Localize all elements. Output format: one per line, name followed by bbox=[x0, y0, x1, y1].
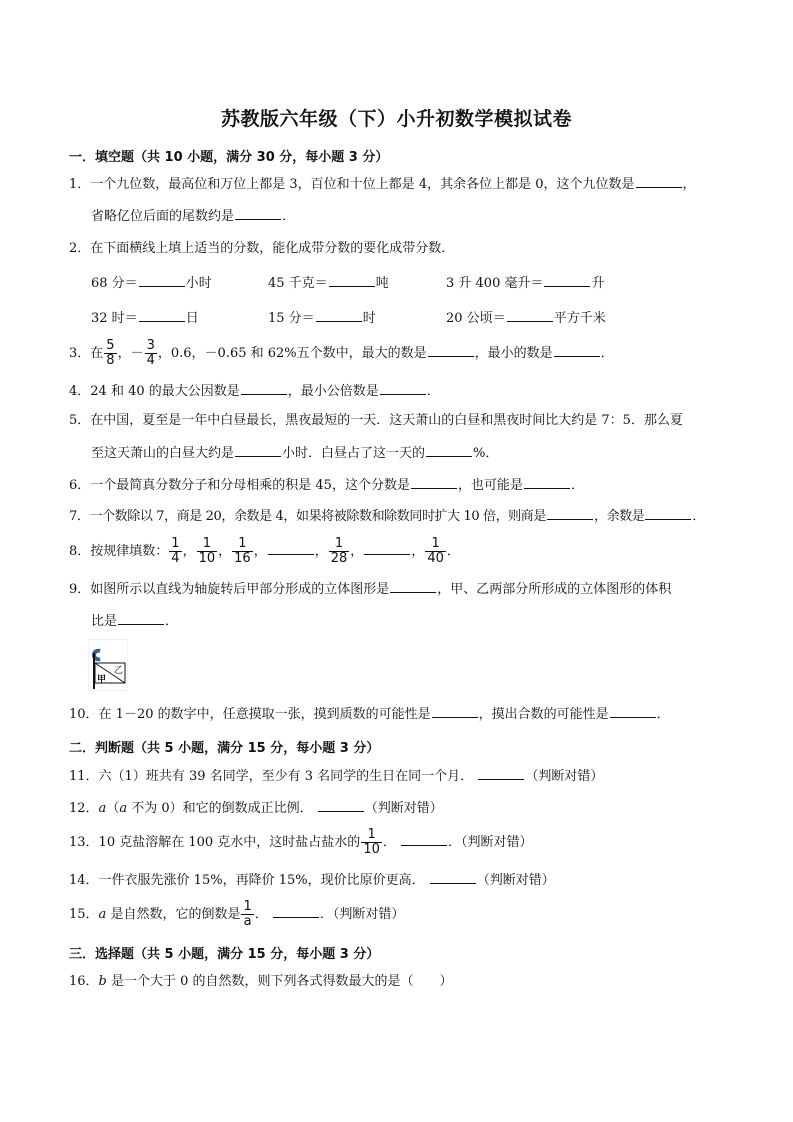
variable: a bbox=[119, 801, 127, 816]
answer-blank[interactable] bbox=[139, 274, 185, 287]
answer-blank[interactable] bbox=[636, 175, 682, 188]
answer-blank[interactable] bbox=[478, 767, 524, 780]
item-label: 45 千克＝ bbox=[268, 276, 328, 291]
question-13: 13．10 克盐溶解在 100 克水中，这时盐占盐水的110． ．（判断对错） bbox=[69, 826, 533, 860]
punct: ． bbox=[447, 544, 460, 559]
answer-blank[interactable] bbox=[432, 705, 478, 718]
variable: b bbox=[99, 974, 107, 989]
judge-hint: （判断对错） bbox=[365, 801, 443, 816]
item-label: 32 时＝ bbox=[91, 311, 138, 326]
punct: ， bbox=[254, 544, 267, 559]
punct: ， bbox=[411, 544, 424, 559]
fraction: 58 bbox=[104, 339, 116, 368]
question-text: ，最小的数是 bbox=[475, 346, 553, 361]
answer-blank[interactable] bbox=[426, 444, 472, 457]
question-number: 3． bbox=[69, 346, 90, 361]
q2-item-2: 45 千克＝吨 bbox=[268, 272, 389, 291]
question-1-cont: 省略亿位后面的尾数约是． bbox=[91, 207, 295, 226]
punct: ． bbox=[383, 835, 396, 850]
answer-blank[interactable] bbox=[547, 507, 593, 520]
punct: ， bbox=[683, 177, 696, 192]
punct: ． bbox=[601, 346, 614, 361]
question-8: 8．按规律填数：14，110，116，，128，，140． bbox=[69, 535, 460, 569]
punct: ， bbox=[350, 544, 363, 559]
answer-blank[interactable] bbox=[241, 382, 287, 395]
answer-blank[interactable] bbox=[645, 507, 691, 520]
answer-blank[interactable] bbox=[430, 871, 476, 884]
fraction: 14 bbox=[169, 537, 181, 566]
punct: %． bbox=[473, 446, 498, 461]
answer-blank[interactable] bbox=[380, 382, 426, 395]
q2-item-5: 15 分＝时 bbox=[268, 307, 376, 326]
question-text: 是一个大于 0 的自然数，则下列各式得数最大的是（ ） bbox=[107, 974, 453, 989]
punct: ． bbox=[571, 478, 584, 493]
section-heading-multiple-choice: 三．选择题（共 5 小题，满分 15 分，每小题 3 分） bbox=[69, 943, 379, 962]
judge-hint: （判断对错） bbox=[461, 835, 533, 850]
question-number: 2． bbox=[69, 241, 90, 256]
question-text: 小时．白昼占了这一天的 bbox=[282, 446, 425, 461]
answer-blank[interactable] bbox=[610, 705, 656, 718]
question-7: 7．一个数除以 7，商是 20，余数是 4，如果将被除数和除数同时扩大 10 倍… bbox=[69, 507, 705, 526]
question-10: 10．在 1－20 的数字中，任意摸取一张，摸到质数的可能性是，摸出合数的可能性… bbox=[69, 705, 670, 724]
fraction: 128 bbox=[329, 537, 350, 566]
answer-blank[interactable] bbox=[318, 799, 364, 812]
judge-hint: （判断对错） bbox=[333, 907, 405, 922]
fraction: 116 bbox=[232, 537, 253, 566]
denominator: 28 bbox=[329, 552, 350, 566]
answer-blank[interactable] bbox=[139, 309, 185, 322]
question-3: 3．在58，－34，0.6，－0.65 和 62%五个数中，最大的数是，最小的数… bbox=[69, 338, 614, 370]
question-text: ，余数是 bbox=[594, 509, 644, 524]
question-text: 至这天萧山的白昼大约是 bbox=[91, 446, 234, 461]
denominator: 8 bbox=[104, 354, 116, 368]
punct: ． bbox=[320, 907, 333, 922]
fraction: 1a bbox=[241, 900, 253, 929]
answer-blank[interactable] bbox=[235, 207, 281, 220]
answer-blank[interactable] bbox=[273, 905, 319, 918]
question-number: 11． bbox=[69, 769, 99, 784]
denominator: 4 bbox=[169, 552, 181, 566]
numerator: 1 bbox=[361, 828, 382, 843]
question-number: 15． bbox=[69, 907, 99, 922]
punct: ． bbox=[165, 614, 178, 629]
answer-blank[interactable] bbox=[329, 274, 375, 287]
denominator: 40 bbox=[425, 552, 446, 566]
question-text: 比是 bbox=[91, 614, 117, 629]
question-5-cont: 至这天萧山的白昼大约是小时．白昼占了这一天的%． bbox=[91, 444, 498, 463]
section-heading-fill-blank: 一．填空题（共 10 小题，满分 30 分，每小题 3 分） bbox=[69, 146, 388, 165]
question-9: 9．如图所示以直线为轴旋转后甲部分形成的立体图形是，甲、乙两部分所形成的立体图形… bbox=[69, 580, 671, 599]
item-unit: 升 bbox=[591, 276, 604, 291]
svg-text:甲: 甲 bbox=[97, 674, 106, 685]
fraction: 34 bbox=[145, 339, 157, 368]
numerator: 1 bbox=[197, 537, 218, 552]
answer-blank[interactable] bbox=[316, 309, 362, 322]
question-text: （ bbox=[106, 801, 119, 816]
judge-hint: （判断对错） bbox=[525, 769, 603, 784]
question-12: 12．a（a 不为 0）和它的倒数成正比例． （判断对错） bbox=[69, 799, 443, 818]
section-heading-true-false: 二．判断题（共 5 小题，满分 15 分，每小题 3 分） bbox=[69, 737, 379, 756]
answer-blank[interactable] bbox=[364, 542, 410, 555]
item-label: 3 升 400 毫升＝ bbox=[446, 276, 543, 291]
question-11: 11．六（1）班共有 39 名同学，至少有 3 名同学的生日在同一个月． （判断… bbox=[69, 767, 603, 786]
item-unit: 时 bbox=[363, 311, 376, 326]
numerator: 1 bbox=[241, 900, 253, 915]
question-5: 5．在中国，夏至是一年中白昼最长，黑夜最短的一天．这天萧山的白昼和黑夜时间比大约… bbox=[69, 412, 683, 430]
question-number: 12． bbox=[69, 801, 99, 816]
question-text: 一个九位数，最高位和万位上都是 3，百位和十位上都是 4，其余各位上都是 0，这… bbox=[90, 177, 634, 192]
fraction: 140 bbox=[425, 537, 446, 566]
punct: ， bbox=[183, 544, 196, 559]
denominator: a bbox=[241, 915, 253, 929]
punct: ． bbox=[692, 509, 705, 524]
question-text: 六（1）班共有 39 名同学，至少有 3 名同学的生日在同一个月． bbox=[99, 769, 474, 784]
question-text: 24 和 40 的最大公因数是 bbox=[90, 384, 239, 399]
q2-item-4: 32 时＝日 bbox=[91, 307, 199, 326]
punct: ， bbox=[315, 544, 328, 559]
fraction: 110 bbox=[197, 537, 218, 566]
numerator: 1 bbox=[329, 537, 350, 552]
answer-blank[interactable] bbox=[428, 344, 474, 357]
numerator: 1 bbox=[169, 537, 181, 552]
punct: ，－ bbox=[118, 346, 144, 361]
punct: ． bbox=[657, 707, 670, 722]
item-unit: 日 bbox=[186, 311, 199, 326]
question-number: 7． bbox=[69, 509, 89, 524]
q2-item-6: 20 公顷＝平方千米 bbox=[446, 307, 606, 326]
question-16: 16．b 是一个大于 0 的自然数，则下列各式得数最大的是（ ） bbox=[69, 973, 453, 991]
punct: ． bbox=[448, 835, 461, 850]
question-14: 14．一件衣服先涨价 15%，再降价 15%，现价比原价更高． （判断对错） bbox=[69, 871, 555, 890]
denominator: 16 bbox=[232, 552, 253, 566]
question-number: 8． bbox=[69, 544, 90, 559]
question-4: 4．24 和 40 的最大公因数是，最小公倍数是． bbox=[69, 382, 440, 401]
answer-blank[interactable] bbox=[118, 612, 164, 625]
numerator: 3 bbox=[145, 339, 157, 354]
denominator: 10 bbox=[361, 843, 382, 857]
question-9-cont: 比是． bbox=[91, 612, 178, 631]
question-2: 2．在下面横线上填上适当的分数，能化成带分数的要化成带分数． bbox=[69, 240, 454, 258]
item-unit: 平方千米 bbox=[554, 311, 606, 326]
question-text: ，最小公倍数是 bbox=[288, 384, 379, 399]
question-text: 一件衣服先涨价 15%，再降价 15%，现价比原价更高． bbox=[99, 873, 425, 888]
question-text: 10 克盐溶解在 100 克水中，这时盐占盐水的 bbox=[99, 835, 361, 850]
q2-item-3: 3 升 400 毫升＝升 bbox=[446, 272, 605, 291]
question-number: 14． bbox=[69, 873, 99, 888]
question-text: 在中国，夏至是一年中白昼最长，黑夜最短的一天．这天萧山的白昼和黑夜时间比大约是 … bbox=[90, 413, 683, 428]
question-text: 不为 0）和它的倒数成正比例． bbox=[127, 801, 313, 816]
question-text: 一个最简真分数分子和分母相乘的积是 45，这个分数是 bbox=[90, 478, 410, 493]
question-number: 16． bbox=[69, 974, 99, 989]
question-text: ，0.6，－0.65 和 62%五个数中，最大的数是 bbox=[158, 346, 427, 361]
question-text: ，甲、乙两部分所形成的立体图形的体积 bbox=[437, 582, 671, 597]
question-text: ，也可能是 bbox=[458, 478, 523, 493]
fraction: 110 bbox=[361, 828, 382, 857]
question-text: 是自然数，它的倒数是 bbox=[106, 907, 240, 922]
punct: ． bbox=[255, 907, 268, 922]
numerator: 1 bbox=[425, 537, 446, 552]
answer-blank[interactable] bbox=[507, 309, 553, 322]
question-15: 15．a 是自然数，它的倒数是1a． ．（判断对错） bbox=[69, 898, 404, 932]
question-number: 6． bbox=[69, 478, 90, 493]
question-number: 1． bbox=[69, 177, 90, 192]
question-text: 在 1－20 的数字中，任意摸取一张，摸到质数的可能性是 bbox=[99, 707, 431, 722]
question-6: 6．一个最简真分数分子和分母相乘的积是 45，这个分数是，也可能是． bbox=[69, 476, 584, 495]
q2-item-1: 68 分＝小时 bbox=[91, 272, 212, 291]
page-title: 苏教版六年级（下）小升初数学模拟试卷 bbox=[0, 104, 793, 131]
answer-blank[interactable] bbox=[554, 344, 600, 357]
item-unit: 吨 bbox=[376, 276, 389, 291]
denominator: 10 bbox=[197, 552, 218, 566]
question-text: ，摸出合数的可能性是 bbox=[479, 707, 609, 722]
rotation-figure: 乙 甲 bbox=[88, 639, 128, 691]
answer-blank[interactable] bbox=[235, 444, 281, 457]
judge-hint: （判断对错） bbox=[477, 873, 555, 888]
punct: ． bbox=[427, 384, 440, 399]
question-number: 9． bbox=[69, 582, 90, 597]
question-1: 1．一个九位数，最高位和万位上都是 3，百位和十位上都是 4，其余各位上都是 0… bbox=[69, 175, 696, 194]
answer-blank[interactable] bbox=[401, 833, 447, 846]
answer-blank[interactable] bbox=[268, 542, 314, 555]
answer-blank[interactable] bbox=[411, 476, 457, 489]
svg-text:乙: 乙 bbox=[114, 665, 123, 676]
rotation-diagram-icon: 乙 甲 bbox=[88, 639, 128, 691]
item-label: 20 公顷＝ bbox=[446, 311, 506, 326]
question-text: 如图所示以直线为轴旋转后甲部分形成的立体图形是 bbox=[90, 582, 389, 597]
answer-blank[interactable] bbox=[544, 274, 590, 287]
numerator: 5 bbox=[104, 339, 116, 354]
question-text: 在 bbox=[90, 346, 103, 361]
numerator: 1 bbox=[232, 537, 253, 552]
question-text: 在下面横线上填上适当的分数，能化成带分数的要化成带分数． bbox=[90, 241, 454, 256]
answer-blank[interactable] bbox=[524, 476, 570, 489]
answer-blank[interactable] bbox=[390, 580, 436, 593]
question-text: 按规律填数： bbox=[90, 544, 168, 559]
item-label: 15 分＝ bbox=[268, 311, 315, 326]
question-text: 省略亿位后面的尾数约是 bbox=[91, 209, 234, 224]
question-number: 10． bbox=[69, 707, 99, 722]
punct: ， bbox=[218, 544, 231, 559]
question-number: 4． bbox=[69, 384, 90, 399]
item-label: 68 分＝ bbox=[91, 276, 138, 291]
question-number: 5． bbox=[69, 413, 90, 428]
denominator: 4 bbox=[145, 354, 157, 368]
question-number: 13． bbox=[69, 835, 99, 850]
question-text: 一个数除以 7，商是 20，余数是 4，如果将被除数和除数同时扩大 10 倍，则… bbox=[89, 509, 546, 524]
punct: ． bbox=[282, 209, 295, 224]
item-unit: 小时 bbox=[186, 276, 212, 291]
